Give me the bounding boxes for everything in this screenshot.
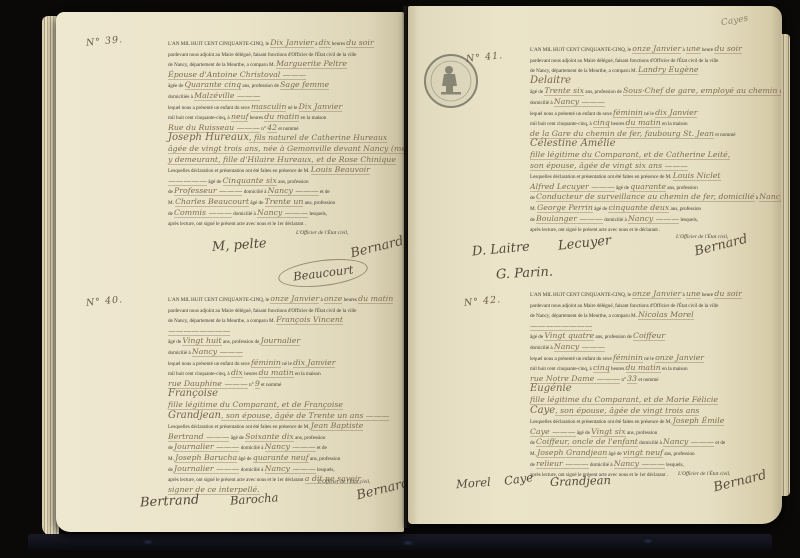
birth-act-42: N° 42. L'AN MIL HUIT CENT CINQUANTE-CINQ… (408, 6, 782, 524)
act-line: fille légitime du Comparant, et de Marie… (530, 393, 780, 404)
act-line: fille légitime du Comparant, et de Franç… (168, 398, 404, 409)
act-line: de Nancy, département de la Meurthe, a c… (530, 308, 780, 319)
register-photo: N° 39. L'AN MIL HUIT CENT CINQUANTE-CINQ… (0, 0, 800, 558)
act-text: L'AN MIL HUIT CENT CINQUANTE-CINQ, le on… (530, 287, 780, 478)
act-line: mil huit cent cinquante-cinq, à cinq heu… (530, 361, 780, 372)
act-line: Eugénie (530, 382, 780, 393)
act-number: N° 40. (86, 294, 124, 309)
act-line: de relieur ——— domicilié à Nancy ——— les… (530, 457, 780, 468)
signature: Barocha (230, 490, 279, 507)
act-line: rue Notre Dame ——— n° 33 et nommé (530, 372, 780, 383)
act-line: M. Joseph Grandjean âgé de vingt neuf an… (530, 446, 780, 457)
book-cover-spine (10, 4, 44, 554)
register-page-left: N° 39. L'AN MIL HUIT CENT CINQUANTE-CINQ… (56, 12, 404, 532)
act-text: L'AN MIL HUIT CENT CINQUANTE-CINQ, le on… (168, 292, 404, 493)
act-line: de Journalier ——— domicilié à Nancy ——— … (168, 462, 404, 473)
birth-act-40: N° 40. L'AN MIL HUIT CENT CINQUANTE-CINQ… (56, 12, 404, 532)
act-line: ———————— (168, 324, 404, 335)
act-line: âgé de Vingt quatre ans, profession de C… (530, 329, 780, 340)
act-line: pardevant nous adjoint au Maire délégué,… (530, 298, 780, 309)
signature: Bertrand (140, 492, 200, 510)
act-line: mil huit cent cinquante-cinq, à dix heur… (168, 366, 404, 377)
officer-label: L'Officier de l'État civil, (678, 471, 730, 477)
act-line: de Nancy, département de la Meurthe, a c… (168, 313, 404, 324)
act-line: Françoise (168, 387, 404, 398)
act-line: Caye ——— âgé de Vingt six ans, professio… (530, 425, 780, 436)
act-line: Lesquelles déclaration et présentation o… (530, 414, 780, 425)
act-number: N° 42. (464, 294, 502, 309)
act-line: L'AN MIL HUIT CENT CINQUANTE-CINQ, le on… (530, 287, 780, 298)
page-edges-right (781, 34, 790, 496)
signature: Morel (456, 475, 492, 491)
act-line: ———————— (530, 319, 780, 330)
act-line: domicilié à Nancy ——— (530, 340, 780, 351)
act-line: âgé de Vingt huit ans, profession de Jou… (168, 334, 404, 345)
act-line: Bertrand ——— âgé de Soixante dix ans, pr… (168, 430, 404, 441)
act-line: lequel nous a présenté un enfant du sexe… (168, 356, 404, 367)
act-line: lequel nous a présenté un enfant du sexe… (530, 351, 780, 362)
act-line: de Coiffeur, oncle de l'enfant domicilié… (530, 435, 780, 446)
act-line: L'AN MIL HUIT CENT CINQUANTE-CINQ, le on… (168, 292, 404, 303)
act-line: Caye, son épouse, âgée de vingt trois an… (530, 404, 780, 415)
act-line: rue Dauphine ——— n° 9 et nommé (168, 377, 404, 388)
officer-label: L'Officier de l'État civil, (318, 479, 370, 485)
act-line: M. Joseph Barucha âgé de quarante neuf a… (168, 451, 404, 462)
act-line: domicilié à Nancy ——— (168, 345, 404, 356)
signature: Caye (503, 470, 534, 488)
act-line: Grandjean, son épouse, âgée de Trente un… (168, 409, 404, 420)
act-line: de Journalier ——— domicilié à Nancy ——— … (168, 440, 404, 451)
register-page-right: Cayes N° 41. L'AN MIL HUIT CENT CINQUANT… (408, 6, 782, 524)
signature: Grandjean (550, 473, 611, 489)
act-line: pardevant nous adjoint au Maire délégué,… (168, 303, 404, 314)
